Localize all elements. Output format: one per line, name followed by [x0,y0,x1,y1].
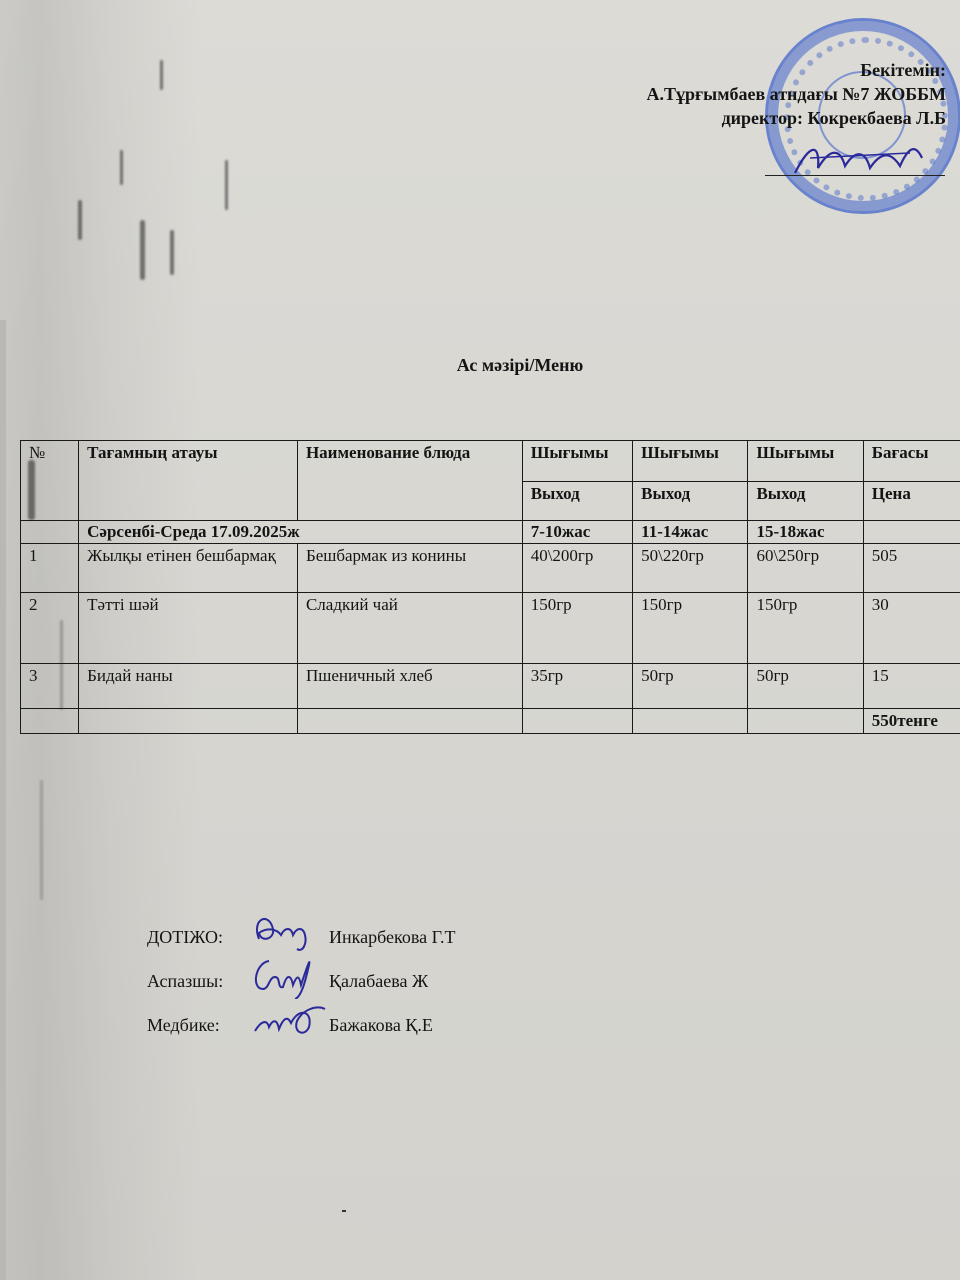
row-name-ru: Пшеничный хлеб [297,664,522,709]
table-row: 3 Бидай наны Пшеничный хлеб 35гр 50гр 50… [21,664,960,709]
table-row: 1 Жылқы етінен бешбармақ Бешбармак из ко… [21,544,960,593]
header-output-2: Шығымы [633,441,748,482]
row-output-3: 50гр [748,664,863,709]
subheader-price: Цена [863,482,960,521]
day-label: Сәрсенбі-Среда 17.09.2025ж [79,521,523,544]
signature-row: Медбике: Бажакова Қ.Е [147,1003,327,1047]
table-header-row: № Тағамның атауы Наименование блюда Шығы… [21,441,960,482]
row-name-kz: Жылқы етінен бешбармақ [79,544,298,593]
row-output-3: 150гр [748,593,863,664]
director-signature-line [765,175,945,176]
subheader-output-3: Выход [748,482,863,521]
page-title: Ас мәзірі/Меню [0,355,960,376]
menu-table: № Тағамның атауы Наименование блюда Шығы… [20,440,960,734]
age-group-1: 7-10жас [522,521,632,544]
row-output-2: 50гр [633,664,748,709]
row-name-kz: Бидай наны [79,664,298,709]
signature-name: Қалабаева Ж [329,959,428,1003]
header-name-kz: Тағамның атауы [79,441,298,521]
director-name: директор: Кокрекбаева Л.Б [646,106,946,130]
row-name-kz: Тәтті шәй [79,593,298,664]
day-row: Сәрсенбі-Среда 17.09.2025ж 7-10жас 11-14… [21,521,960,544]
row-name-ru: Сладкий чай [297,593,522,664]
signature-name: Инкарбекова Г.Т [329,915,455,959]
signatures-block: ДОТІЖО: Инкарбекова Г.Т Аспазшы: Қалабае… [147,915,327,1047]
approval-block: Бекітемін: А.Тұрғымбаев атндағы №7 ЖОББМ… [646,58,946,130]
row-output-1: 35гр [522,664,632,709]
approval-heading: Бекітемін: [646,58,946,82]
row-output-1: 40\200гр [522,544,632,593]
header-name-ru: Наименование блюда [297,441,522,521]
total-price: 550тенге [863,709,960,734]
director-signature-icon [790,138,930,183]
total-row: 550тенге [21,709,960,734]
row-output-2: 150гр [633,593,748,664]
page-edge-shadow [0,320,6,1280]
row-no: 2 [21,593,79,664]
paper-mark [342,1210,346,1212]
row-price: 15 [863,664,960,709]
subheader-output-2: Выход [633,482,748,521]
row-name-ru: Бешбармак из конины [297,544,522,593]
row-no: 3 [21,664,79,709]
row-output-1: 150гр [522,593,632,664]
handwritten-signature-icon [247,909,327,955]
header-price: Бағасы [863,441,960,482]
signature-name: Бажакова Қ.Е [329,1003,433,1047]
subheader-output-1: Выход [522,482,632,521]
header-output-1: Шығымы [522,441,632,482]
header-output-3: Шығымы [748,441,863,482]
row-price: 505 [863,544,960,593]
header-no: № [21,441,79,521]
age-group-2: 11-14жас [633,521,748,544]
handwritten-signature-icon [247,953,327,999]
school-name: А.Тұрғымбаев атндағы №7 ЖОББМ [646,82,946,106]
row-output-3: 60\250гр [748,544,863,593]
table-row: 2 Тәтті шәй Сладкий чай 150гр 150гр 150г… [21,593,960,664]
row-output-2: 50\220гр [633,544,748,593]
age-group-3: 15-18жас [748,521,863,544]
row-no: 1 [21,544,79,593]
handwritten-signature-icon [247,997,327,1043]
row-price: 30 [863,593,960,664]
